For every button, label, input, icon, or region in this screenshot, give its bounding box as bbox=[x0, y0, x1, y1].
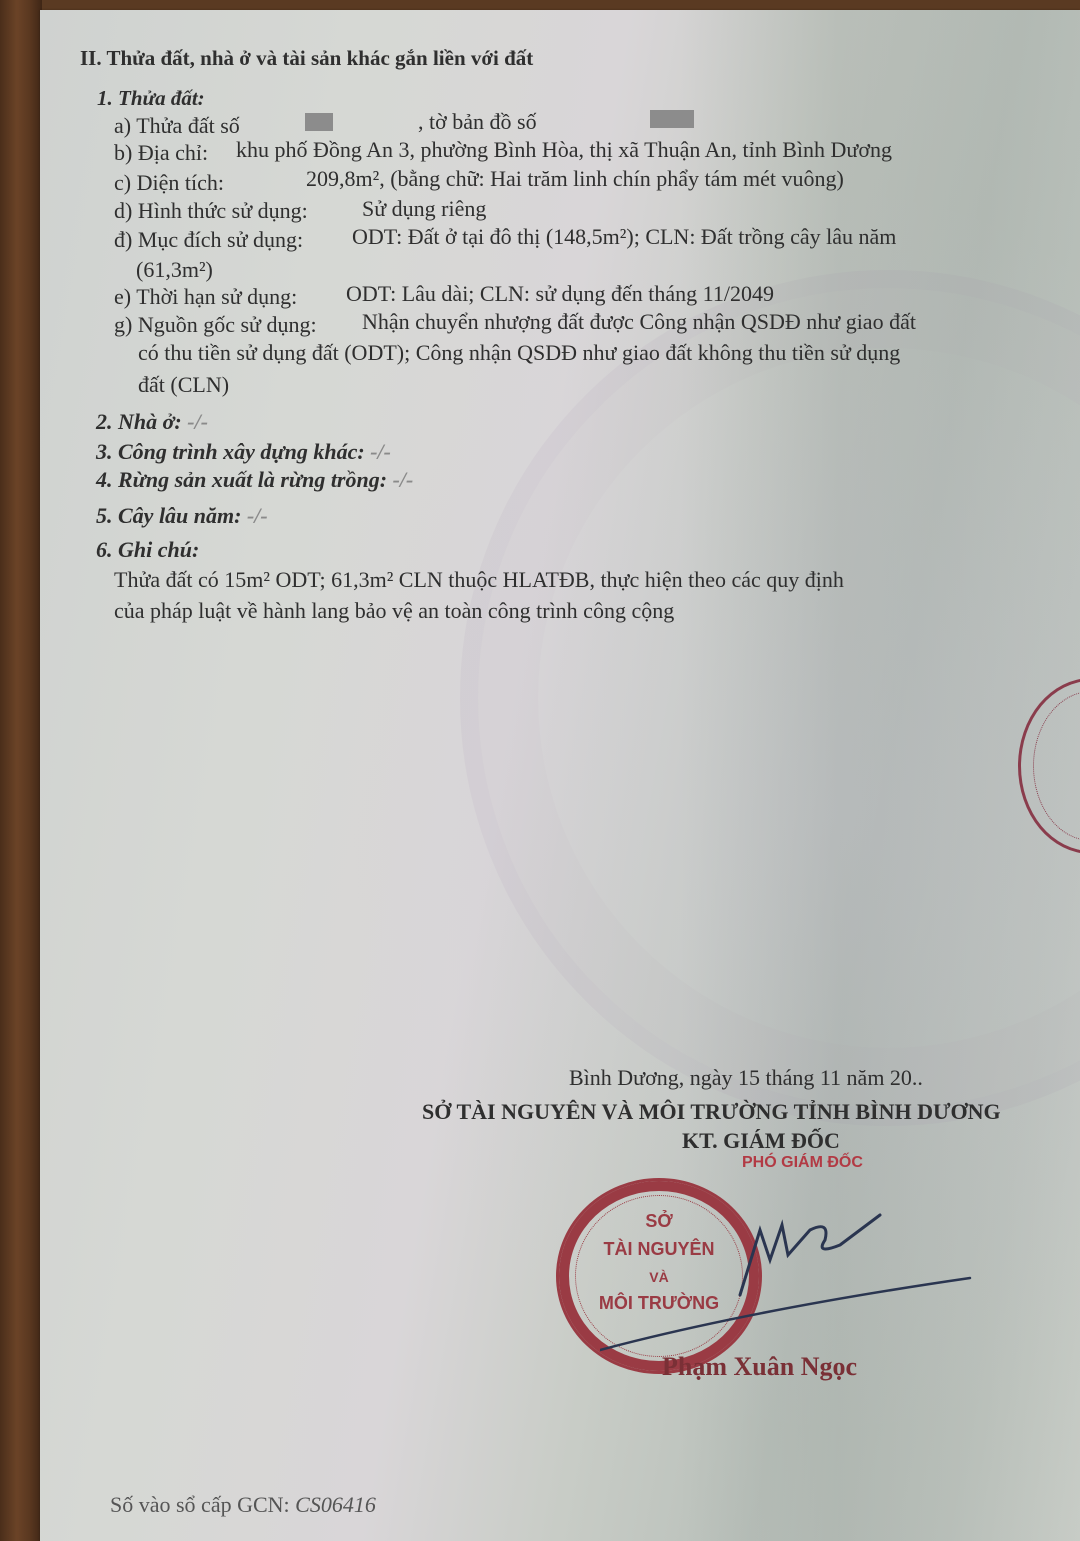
term-value: ODT: Lâu dài; CLN: sử dụng đến tháng 11/… bbox=[346, 283, 774, 305]
item-other-construction-value: -/- bbox=[370, 439, 391, 464]
issue-date: Bình Dương, ngày 15 tháng 11 năm 20.. bbox=[569, 1067, 923, 1089]
area-value: 209,8m², (bằng chữ: Hai trăm linh chín p… bbox=[306, 168, 844, 190]
usage-form-value: Sử dụng riêng bbox=[362, 198, 486, 220]
map-sheet-number-redacted bbox=[650, 110, 694, 128]
gcn-register-label: Số vào sổ cấp GCN: bbox=[110, 1492, 290, 1517]
handwritten-signature bbox=[600, 1200, 980, 1360]
usage-form-label: d) Hình thức sử dụng: bbox=[114, 200, 308, 222]
purpose-value: ODT: Đất ở tại đô thị (148,5m²); CLN: Đấ… bbox=[352, 226, 896, 248]
item-other-construction-label: 3. Công trình xây dựng khác: bbox=[96, 439, 365, 464]
section-title: II. Thửa đất, nhà ở và tài sản khác gắn … bbox=[80, 48, 533, 69]
notes-heading: 6. Ghi chú: bbox=[96, 539, 199, 561]
signer-title: KT. GIÁM ĐỐC bbox=[682, 1130, 840, 1152]
parcel-number-label: a) Thửa đất số bbox=[114, 115, 240, 137]
origin-label: g) Nguồn gốc sử dụng: bbox=[114, 314, 317, 336]
origin-value: Nhận chuyển nhượng đất được Công nhận QS… bbox=[362, 311, 916, 333]
item-perennial-trees-value: -/- bbox=[247, 503, 268, 528]
watermark-emblem bbox=[460, 270, 1080, 1126]
wooden-table-background bbox=[0, 0, 42, 1541]
land-heading: 1. Thửa đất: bbox=[97, 88, 205, 109]
issuing-agency: SỞ TÀI NGUYÊN VÀ MÔI TRƯỜNG TỈNH BÌNH DƯ… bbox=[422, 1101, 1001, 1123]
purpose-value-cont: (61,3m²) bbox=[136, 259, 213, 281]
map-sheet-label: , tờ bản đồ số bbox=[418, 111, 537, 133]
deputy-director-title: PHÓ GIÁM ĐỐC bbox=[742, 1154, 863, 1172]
item-perennial-trees: 5. Cây lâu năm: -/- bbox=[96, 505, 268, 527]
notes-line-1: Thửa đất có 15m² ODT; 61,3m² CLN thuộc H… bbox=[114, 569, 844, 591]
purpose-label: đ) Mục đích sử dụng: bbox=[114, 229, 303, 251]
gcn-register-value: CS06416 bbox=[295, 1492, 376, 1517]
term-label: e) Thời hạn sử dụng: bbox=[114, 286, 297, 308]
address-label: b) Địa chỉ: bbox=[114, 142, 208, 164]
origin-value-line2: có thu tiền sử dụng đất (ODT); Công nhận… bbox=[138, 342, 900, 364]
address-value: khu phố Đồng An 3, phường Bình Hòa, thị … bbox=[236, 139, 892, 161]
item-house-value: -/- bbox=[187, 409, 208, 434]
item-planted-forest: 4. Rừng sản xuất là rừng trồng: -/- bbox=[96, 469, 413, 491]
item-other-construction: 3. Công trình xây dựng khác: -/- bbox=[96, 441, 391, 463]
item-planted-forest-label: 4. Rừng sản xuất là rừng trồng: bbox=[96, 467, 387, 492]
parcel-number-redacted bbox=[305, 113, 333, 131]
item-house-label: 2. Nhà ở: bbox=[96, 409, 182, 434]
item-house: 2. Nhà ở: -/- bbox=[96, 411, 208, 433]
item-perennial-trees-label: 5. Cây lâu năm: bbox=[96, 503, 241, 528]
notes-line-2: của pháp luật về hành lang bảo vệ an toà… bbox=[114, 600, 674, 622]
signer-name: Phạm Xuân Ngọc bbox=[662, 1352, 857, 1382]
item-planted-forest-value: -/- bbox=[393, 467, 414, 492]
gcn-register-number: Số vào sổ cấp GCN: CS06416 bbox=[110, 1494, 376, 1516]
origin-value-line3: đất (CLN) bbox=[138, 374, 229, 396]
area-label: c) Diện tích: bbox=[114, 172, 224, 194]
